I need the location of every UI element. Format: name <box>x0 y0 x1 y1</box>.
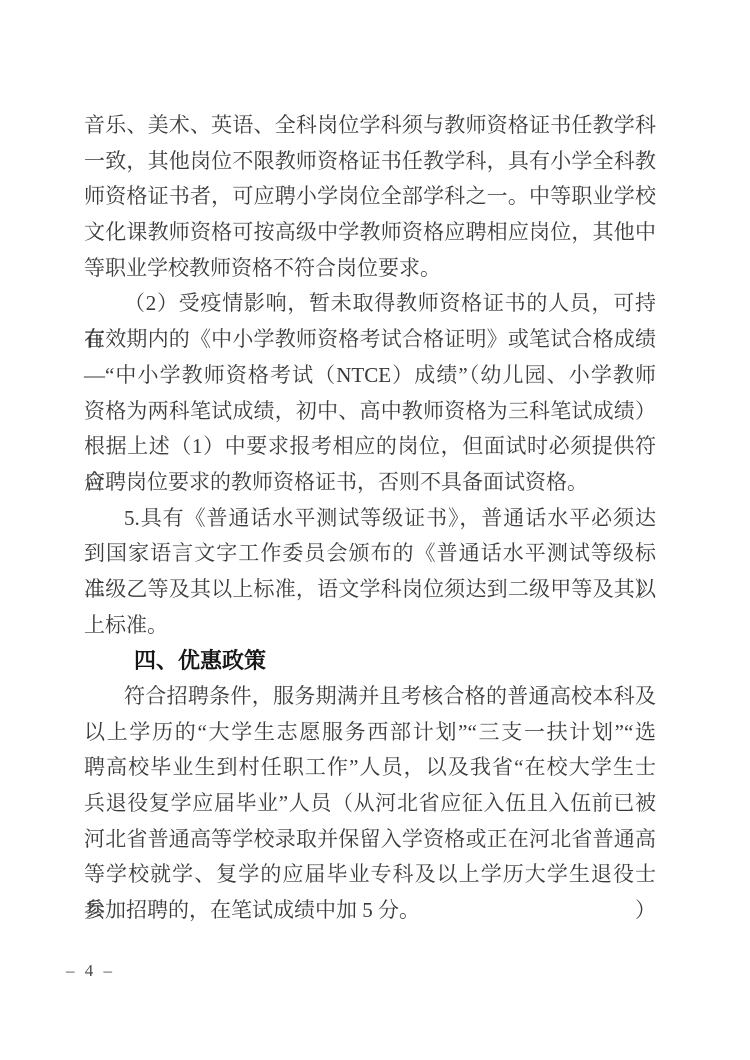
body-line: 一致，其他岗位不限教师资格证书任教学科，具有小学全科教 <box>84 144 656 180</box>
document-page: 音乐、美术、英语、全科岗位学科须与教师资格证书任教学科一致，其他岗位不限教师资格… <box>0 0 750 1060</box>
body-line: 到国家语言文字工作委员会颁布的《普通话水平测试等级标准》 <box>84 536 656 572</box>
body-line: 音乐、美术、英语、全科岗位学科须与教师资格证书任教学科 <box>84 108 656 144</box>
section-heading: 四、优惠政策 <box>84 643 656 679</box>
body-line: —“中小学教师资格考试（NTCE）成绩”（幼儿园、小学教师 <box>84 358 656 394</box>
body-line: 根据上述（1）中要求报考相应的岗位，但面试时必须提供符合 <box>84 429 656 465</box>
body-line: 有效期内的《中小学教师资格考试合格证明》或笔试合格成绩 <box>84 322 656 358</box>
body-line: 5.具有《普通话水平测试等级证书》，普通话水平必须达 <box>84 501 656 537</box>
body-line: 文化课教师资格可按高级中学教师资格应聘相应岗位，其他中 <box>84 215 656 251</box>
body-line: 资格为两科笔试成绩，初中、高中教师资格为三科笔试成绩） <box>84 394 656 430</box>
paragraph: 符合招聘条件，服务期满并且考核合格的普通高校本科及以上学历的“大学生志愿服务西部… <box>84 679 656 929</box>
paragraph: （2）受疫情影响，暂未取得教师资格证书的人员，可持在有效期内的《中小学教师资格考… <box>84 286 656 500</box>
paragraph: 音乐、美术、英语、全科岗位学科须与教师资格证书任教学科一致，其他岗位不限教师资格… <box>84 108 656 286</box>
heading-line: 四、优惠政策 <box>84 643 656 679</box>
body-line: 兵退役复学应届毕业”人员（从河北省应征入伍且入伍前已被 <box>84 786 656 822</box>
page-number: – 4 – <box>66 961 115 981</box>
body-line: 以上学历的“大学生志愿服务西部计划”“三支一扶计划”“选 <box>84 715 656 751</box>
body-line: 聘高校毕业生到村任职工作”人员，以及我省“在校大学生士 <box>84 750 656 786</box>
body-line: 二级乙等及其以上标准，语文学科岗位须达到二级甲等及其以 <box>84 572 656 608</box>
body-line: 符合招聘条件，服务期满并且考核合格的普通高校本科及 <box>84 679 656 715</box>
body-line: 等职业学校教师资格不符合岗位要求。 <box>84 251 656 287</box>
body-line: 等学校就学、复学的应届毕业专科及以上学历大学生退役士兵） <box>84 857 656 893</box>
body-line: 河北省普通高等学校录取并保留入学资格或正在河北省普通高 <box>84 822 656 858</box>
paragraph: 5.具有《普通话水平测试等级证书》，普通话水平必须达到国家语言文字工作委员会颁布… <box>84 501 656 644</box>
document-body: 音乐、美术、英语、全科岗位学科须与教师资格证书任教学科一致，其他岗位不限教师资格… <box>84 108 656 929</box>
body-line: 上标准。 <box>84 608 656 644</box>
body-line: 师资格证书者，可应聘小学岗位全部学科之一。中等职业学校 <box>84 179 656 215</box>
body-line: （2）受疫情影响，暂未取得教师资格证书的人员，可持在 <box>84 286 656 322</box>
body-line: 应聘岗位要求的教师资格证书，否则不具备面试资格。 <box>84 465 656 501</box>
